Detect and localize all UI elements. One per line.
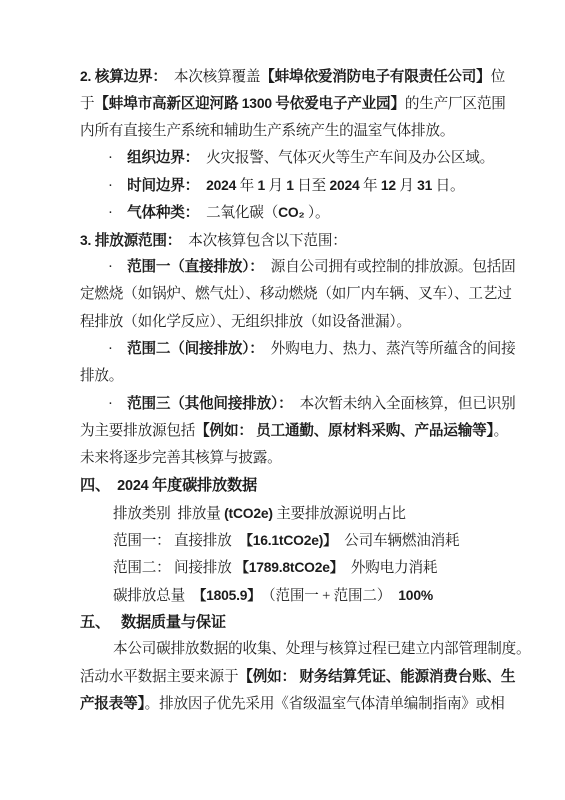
text-segment: 月 [396, 178, 417, 194]
text-line: 3. 排放源范围： 本次核算包含以下范围： [80, 227, 494, 254]
text-segment: 公司车辆燃油消耗 [330, 533, 460, 549]
text-line: · 时间边界： 2024 年 1 月 1 日至 2024 年 12 月 31 日… [80, 172, 494, 199]
text-segment: 【1789.8tCO2e】 [235, 559, 336, 575]
text-segment: 【例如： 财务结算凭证、能源消费台账、生 [238, 669, 515, 685]
text-segment: CO₂ [278, 204, 304, 220]
text-segment: 本次核算包含以下范围： [174, 233, 347, 249]
text-segment: 排放类别 排放量 [113, 506, 224, 522]
text-segment: 外购电力、热力、蒸汽等所蕴含的间接 [256, 341, 515, 357]
document-page: 2. 核算边界： 本次核算覆盖【蚌埠依爱消防电子有限责任公司】位于【蚌埠市高新区… [0, 0, 565, 800]
text-segment: 【例如： 员工通勤、原材料采购、产品运输等】 [195, 423, 493, 439]
text-segment: 未来将逐步完善其核算与披露。 [80, 450, 282, 466]
text-segment: 定燃烧（如锅炉、燃气灶）、移动燃烧（如厂内车辆、叉车）、工艺过 [80, 286, 512, 302]
text-segment: （范围一 + 范围二） [254, 588, 398, 604]
text-segment: ）。 [304, 205, 329, 221]
text-segment: 范围一： 直接排放 [113, 533, 246, 549]
text-segment: 源自公司拥有或控制的排放源。包括固 [256, 259, 515, 275]
text-segment: 2024 [330, 177, 360, 193]
text-segment: 。 [494, 423, 508, 439]
text-line: · 范围三（其他间接排放）： 本次暂未纳入全面核算，但已识别 [80, 391, 494, 418]
text-segment: 范围二（间接排放）： [127, 341, 256, 357]
text-line: 2. 核算边界： 本次核算覆盖【蚌埠依爱消防电子有限责任公司】位 [80, 63, 494, 90]
text-line: · 气体种类： 二氧化碳（CO₂ ）。 [80, 199, 494, 226]
text-segment: 本公司碳排放数据的收集、处理与核算过程已建立内部管理制度。 [113, 641, 530, 657]
text-line: 于【蚌埠市高新区迎河路 1300 号依爱电子产业园】的生产厂区范围 [80, 90, 494, 117]
text-segment: 年 [236, 178, 257, 194]
text-segment: · [108, 259, 127, 275]
text-line: 定燃烧（如锅炉、燃气灶）、移动燃烧（如厂内车辆、叉车）、工艺过 [80, 281, 494, 308]
text-segment [159, 69, 173, 85]
text-segment: 100% [398, 587, 433, 603]
text-segment: 四、 [80, 477, 117, 494]
text-line: 排放类别 排放量 (tCO2e) 主要排放源说明占比 [80, 500, 494, 527]
text-segment: 【蚌埠依爱消防电子有限责任公司】 [260, 69, 490, 85]
text-line: 内所有直接生产系统和辅助生产系统产生的温室气体排放。 [80, 118, 494, 145]
text-segment: 【蚌埠市高新区迎河路 [94, 96, 241, 112]
text-line: · 组织边界： 火灾报警、气体灭火等生产车间及办公区域。 [80, 145, 494, 172]
text-segment: 3. [80, 232, 95, 248]
text-segment: 位 [491, 69, 505, 85]
section-heading: 五、 数据质量与保证 [80, 609, 494, 636]
text-segment: 。排放因子优先采用《省级温室气体清单编制指南》或相 [145, 696, 505, 712]
text-segment: 1 [257, 177, 265, 193]
text-segment: 日至 [294, 178, 330, 194]
text-segment: · [108, 150, 127, 166]
text-segment: 范围一（直接排放）： [127, 259, 256, 275]
text-line: 碳排放总量 【1805.9】 （范围一 + 范围二） 100% [80, 582, 494, 609]
text-segment: 【16.1tCO2e)】 [246, 532, 330, 548]
text-line: 活动水平数据主要来源于【例如： 财务结算凭证、能源消费台账、生 [80, 664, 494, 691]
text-segment: · [108, 396, 127, 412]
text-segment: (tCO2e) [224, 505, 273, 521]
text-segment: 组织边界： [127, 150, 192, 166]
text-segment: · [108, 205, 127, 221]
text-line: 范围一： 直接排放 【16.1tCO2e)】 公司车辆燃油消耗 [80, 527, 494, 554]
text-line: · 范围一（直接排放）： 源自公司拥有或控制的排放源。包括固 [80, 254, 494, 281]
text-line: 为主要排放源包括【例如： 员工通勤、原材料采购、产品运输等】。 [80, 418, 494, 445]
text-segment: 于 [80, 96, 94, 112]
text-segment: · [108, 178, 127, 194]
text-line: 范围二： 间接排放 【1789.8tCO2e】 外购电力消耗 [80, 554, 494, 581]
text-segment: 碳排放总量 [113, 588, 199, 604]
text-segment: 本次核算覆盖 [174, 69, 260, 85]
text-segment: 二氧化碳（ [192, 205, 278, 221]
text-segment [192, 178, 206, 194]
text-line: · 范围二（间接排放）： 外购电力、热力、蒸汽等所蕴含的间接 [80, 336, 494, 363]
text-segment: 程排放（如化学反应）、无组织排放（如设备泄漏）。 [80, 314, 411, 330]
text-segment: 火灾报警、气体灭火等生产车间及办公区域。 [192, 150, 494, 166]
text-segment: 号依爱电子产业园】 [272, 96, 405, 112]
text-segment: 31 [417, 177, 432, 193]
text-segment: · [108, 341, 127, 357]
text-segment: 产报表等】 [80, 696, 145, 712]
text-segment: 范围三（其他间接排放）： [127, 396, 285, 412]
text-line: 排放。 [80, 363, 494, 390]
text-segment: 12 [381, 177, 396, 193]
text-segment: 1 [286, 177, 294, 193]
text-segment: 本次暂未纳入全面核算，但已识别 [285, 396, 515, 412]
text-segment: 主要排放源说明占比 [273, 506, 406, 522]
text-segment: 时间边界： [127, 178, 192, 194]
text-segment: 核算边界： [95, 69, 160, 85]
text-segment: 月 [265, 178, 286, 194]
text-segment: 年度碳排放数据 [149, 477, 258, 494]
text-segment: 排放。 [80, 368, 123, 384]
text-segment: 为主要排放源包括 [80, 423, 195, 439]
text-segment: 气体种类： [127, 205, 192, 221]
text-segment: 范围二： 间接排放 [113, 560, 235, 576]
text-segment: 【1805.9】 [199, 587, 254, 603]
text-segment: 活动水平数据主要来源于 [80, 669, 238, 685]
text-segment: 1300 [242, 95, 272, 111]
section-heading: 四、 2024 年度碳排放数据 [80, 472, 494, 499]
text-line: 未来将逐步完善其核算与披露。 [80, 445, 494, 472]
text-segment: 的生产厂区范围 [405, 96, 506, 112]
text-segment: 五、 数据质量与保证 [80, 614, 226, 631]
document-body: 2. 核算边界： 本次核算覆盖【蚌埠依爱消防电子有限责任公司】位于【蚌埠市高新区… [80, 63, 494, 718]
text-line: 程排放（如化学反应）、无组织排放（如设备泄漏）。 [80, 309, 494, 336]
text-segment: 年 [360, 178, 381, 194]
text-segment: 排放源范围： [95, 233, 174, 249]
text-line: 产报表等】。排放因子优先采用《省级温室气体清单编制指南》或相 [80, 691, 494, 718]
text-segment: 2. [80, 68, 95, 84]
text-segment: 内所有直接生产系统和辅助生产系统产生的温室气体排放。 [80, 123, 454, 139]
text-segment: 2024 [206, 177, 236, 193]
text-segment: 日。 [432, 178, 464, 194]
text-segment: 外购电力消耗 [336, 560, 437, 576]
text-line: 本公司碳排放数据的收集、处理与核算过程已建立内部管理制度。 [80, 636, 494, 663]
text-segment: 2024 [117, 478, 148, 494]
